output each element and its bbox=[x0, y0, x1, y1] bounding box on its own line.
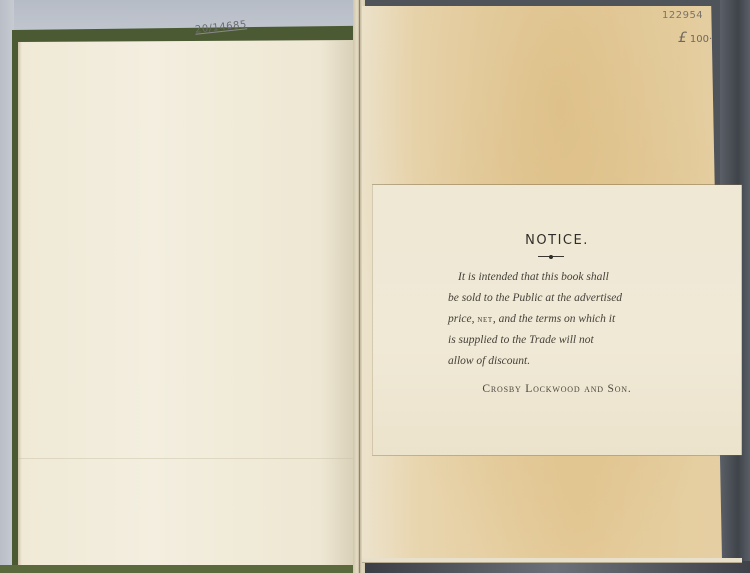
notice-title: NOTICE. bbox=[373, 233, 741, 248]
price-value: 100· bbox=[690, 34, 712, 45]
notice-line: It is intended that this book shall bbox=[448, 267, 638, 288]
notice-line: price, net, and the terms on which it bbox=[448, 309, 638, 330]
notice-slip: NOTICE. It is intended that this book sh… bbox=[372, 185, 742, 455]
left-endpaper-edge bbox=[18, 40, 22, 565]
notice-line-part: , and the terms on which it bbox=[493, 313, 615, 325]
notice-line: allow of discount. bbox=[448, 351, 638, 372]
right-page-bottom-edge bbox=[362, 558, 742, 563]
gutter-fold-line bbox=[359, 0, 360, 573]
pound-symbol: £ bbox=[678, 30, 687, 46]
ornament-rule-icon bbox=[538, 256, 564, 257]
notice-line: be sold to the Public at the advertised bbox=[448, 288, 638, 309]
notice-line-part: price, bbox=[448, 313, 477, 325]
publisher-signature: Crosby Lockwood and Son. bbox=[373, 383, 741, 395]
notice-net-term: net bbox=[477, 314, 492, 325]
left-endpaper-crease bbox=[18, 458, 354, 459]
notice-body: It is intended that this book shall be s… bbox=[448, 267, 638, 372]
book-cover-bottom-edge bbox=[0, 565, 362, 573]
pencil-inventory-number: 122954 bbox=[662, 10, 703, 21]
left-endpaper bbox=[18, 40, 354, 565]
notice-line: is supplied to the Trade will not bbox=[448, 330, 638, 351]
pencil-price: £100· bbox=[678, 30, 712, 46]
